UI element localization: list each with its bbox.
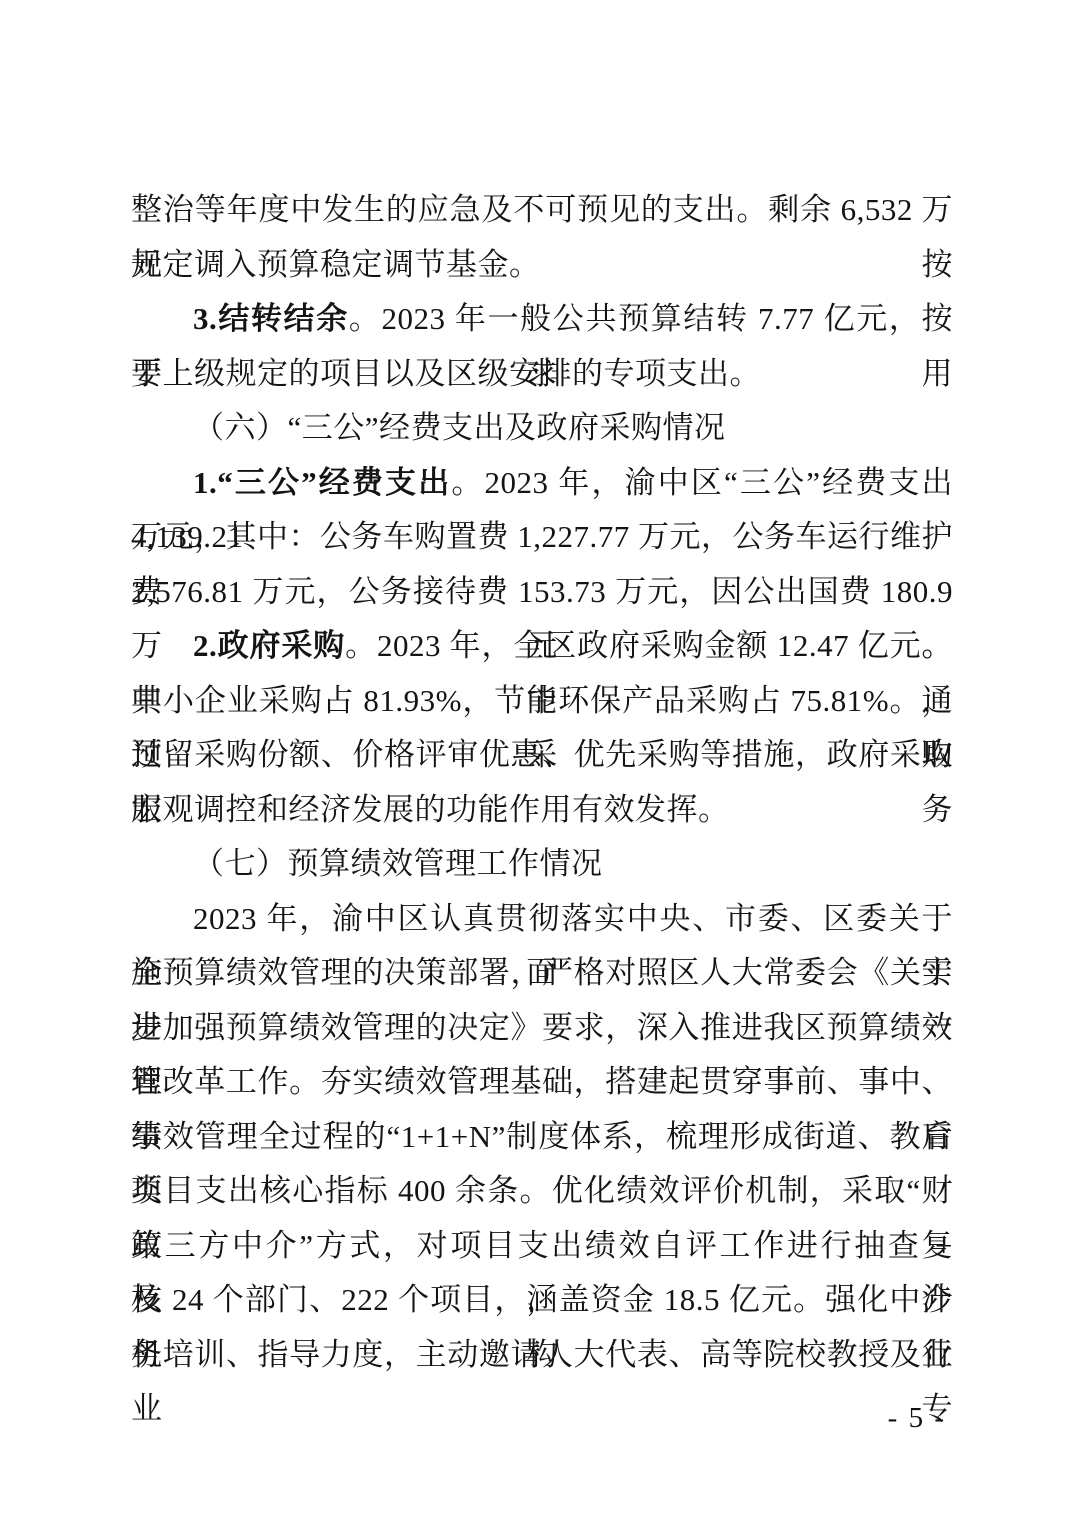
text-line-text: 宏观调控和经济发展的功能作用有效发挥。 [131, 792, 730, 827]
text-line: 2023 年，渝中区认真贯彻落实中央、市委、区委关于全面实 [131, 892, 953, 947]
document-body: 整治等年度中发生的应急及不可预见的支出。剩余 6,532 万元按 规定调入预算稳… [131, 183, 953, 1382]
text-line: 务培训、指导力度，主动邀请人大代表、高等院校教授及行业专 [131, 1328, 953, 1383]
text-line: 整治等年度中发生的应急及不可预见的支出。剩余 6,532 万元按 [131, 183, 953, 238]
page-number: - 5 - [888, 1402, 946, 1435]
paragraph-heading-carryover: 3.结转结余。2023 年一般公共预算结转 7.77 亿元，按要求用 [131, 292, 953, 347]
text-line-text: （六）“三公”经费支出及政府采购情况 [193, 410, 726, 445]
text-line-bold: 2.政府采购 [193, 628, 345, 663]
text-line: 中小企业采购占 81.93%，节能环保产品采购占 75.81%。通过采取 [131, 674, 953, 729]
text-line: 2,576.81 万元，公务接待费 153.73 万元，因公出国费 180.9 … [131, 565, 953, 620]
text-line: 及 24 个部门、222 个项目，涵盖资金 18.5 亿元。强化中介机构业 [131, 1273, 953, 1328]
text-line: 项目支出核心指标 400 余条。优化绩效评价机制，采取“财政+ [131, 1164, 953, 1219]
text-line: 绩效管理全过程的“1+1+N”制度体系，梳理形成街道、教育类 [131, 1110, 953, 1165]
text-line-bold: 1.“三公”经费支出 [193, 465, 451, 500]
document-page: 整治等年度中发生的应急及不可预见的支出。剩余 6,532 万元按 规定调入预算稳… [0, 0, 1074, 1520]
text-line: 步加强预算绩效管理的决定》要求，深入推进我区预算绩效管 [131, 1001, 953, 1056]
text-line: 理改革工作。夯实绩效管理基础，搭建起贯穿事前、事中、事后 [131, 1055, 953, 1110]
paragraph-heading-three-public: 1.“三公”经费支出。2023 年，渝中区“三公”经费支出 4,139.21 [131, 456, 953, 511]
text-line: 第三方中介”方式，对项目支出绩效自评工作进行抽查复核，涉 [131, 1219, 953, 1274]
section-heading-6: （六）“三公”经费支出及政府采购情况 [131, 401, 953, 456]
text-line: 预留采购份额、价格评审优惠、优先采购等措施，政府采购服务 [131, 728, 953, 783]
paragraph-heading-procurement: 2.政府采购。2023 年，全区政府采购金额 12.47 亿元。其中， [131, 619, 953, 674]
text-line-text: （七）预算绩效管理工作情况 [193, 846, 603, 881]
text-line-bold: 3.结转结余 [193, 301, 349, 336]
text-line-text: 于上级规定的项目以及区级安排的专项支出。 [131, 356, 761, 391]
text-line-text: 规定调入预算稳定调节基金。 [131, 247, 541, 282]
text-line: 万元，其中：公务车购置费 1,227.77 万元，公务车运行维护费 [131, 510, 953, 565]
section-heading-7: （七）预算绩效管理工作情况 [131, 837, 953, 892]
text-line: 施预算绩效管理的决策部署，严格对照区人大常委会《关于进一 [131, 946, 953, 1001]
text-line-text: 务培训、指导力度，主动邀请人大代表、高等院校教授及行业专 [131, 1337, 953, 1427]
